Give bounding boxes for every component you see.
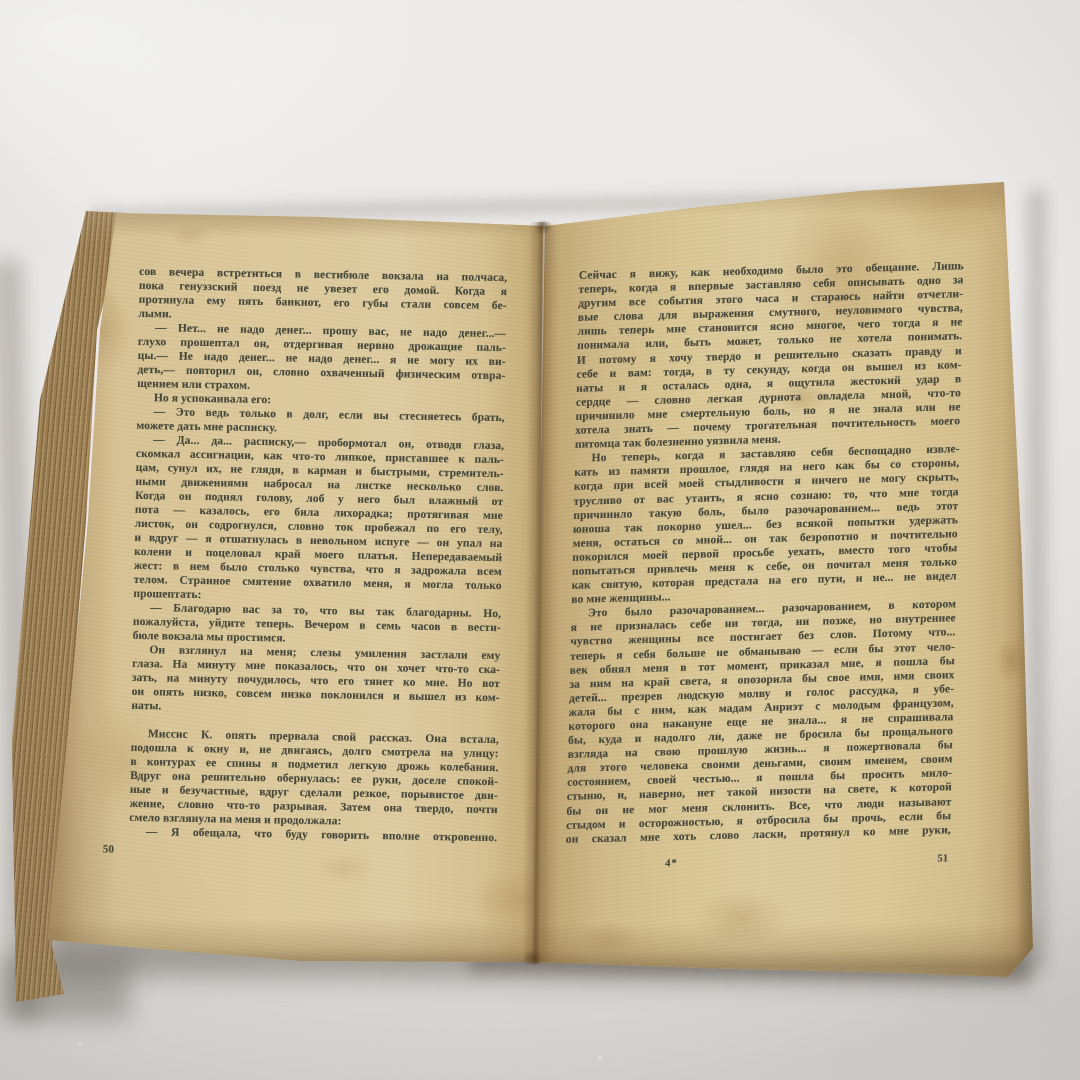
right-page-lines: Сейчас я вижу, как необходимо было это о… bbox=[566, 259, 964, 846]
left-page-lines: сов вечера встретиться в вестибюле вокза… bbox=[129, 265, 507, 845]
signature-mark: 4* bbox=[665, 858, 678, 869]
right-page-text: Сейчас я вижу, как необходимо было это о… bbox=[565, 259, 964, 874]
page-number-right: 51 bbox=[937, 853, 948, 864]
left-page-text: сов вечера встретиться в вестибюле вокза… bbox=[129, 265, 508, 862]
book-shadow-right bbox=[1028, 190, 1046, 970]
spine-notch-top bbox=[530, 220, 556, 238]
spine-notch-bottom bbox=[518, 946, 548, 968]
photo-background: сов вечера встретиться в вестибюле вокза… bbox=[0, 0, 1080, 1080]
